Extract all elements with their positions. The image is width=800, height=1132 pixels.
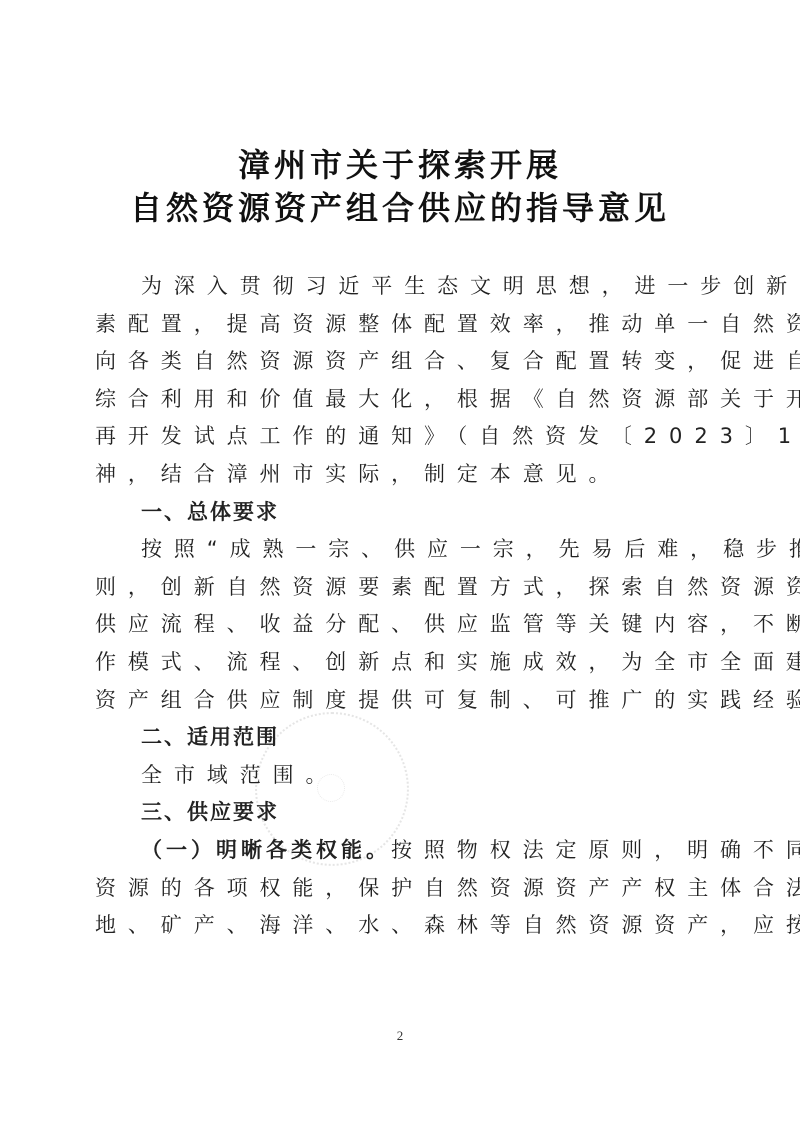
section3-item1-first-line: （一）明晰各类权能。按照物权法定原则，明确不同自然 xyxy=(95,832,705,870)
section2-line: 全市域范围。 xyxy=(95,757,705,795)
preamble-line: 素配置，提高资源整体配置效率，推动单一自然资源资产配置 xyxy=(95,306,705,344)
section3-line: 地、矿产、海洋、水、森林等自然资源资产，应按现有管理体 xyxy=(95,907,705,945)
section-heading-supply-requirements: 三、供应要求 xyxy=(95,794,705,832)
preamble-line: 向各类自然资源资产组合、复合配置转变，促进自然资源资产 xyxy=(95,343,705,381)
document-title-line-1: 漳州市关于探索开展 xyxy=(0,145,800,185)
section1-line: 按照“成熟一宗、供应一宗，先易后难，稳步推进”的原 xyxy=(95,531,705,569)
section-heading-general-requirements: 一、总体要求 xyxy=(95,494,705,532)
document-page: 漳州市关于探索开展 自然资源资产组合供应的指导意见 为深入贯彻习近平生态文明思想… xyxy=(0,0,800,1132)
section1-line: 则，创新自然资源要素配置方式，探索自然资源资产组合模式、 xyxy=(95,569,705,607)
preamble-line: 为深入贯彻习近平生态文明思想，进一步创新自然资源要 xyxy=(95,268,705,306)
page-number: 2 xyxy=(0,1028,800,1044)
section1-line: 资产组合供应制度提供可复制、可推广的实践经验。 xyxy=(95,682,705,720)
section1-line: 供应流程、收益分配、供应监管等关键内容，不断凝练总结工 xyxy=(95,606,705,644)
section1-line: 作模式、流程、创新点和实施成效，为全市全面建立自然资源 xyxy=(95,644,705,682)
document-title-line-2: 自然资源资产组合供应的指导意见 xyxy=(0,188,800,228)
item-text: 按照物权法定原则，明确不同自然 xyxy=(391,838,800,862)
preamble-line: 再开发试点工作的通知》（自然资发〔2023〕171号）等文件精 xyxy=(95,418,705,456)
item-lead-clarify-rights: （一）明晰各类权能。 xyxy=(141,838,391,862)
section3-line: 资源的各项权能，保护自然资源资产产权主体合法权益。对土 xyxy=(95,870,705,908)
document-body: 为深入贯彻习近平生态文明思想，进一步创新自然资源要 素配置，提高资源整体配置效率… xyxy=(95,268,705,945)
preamble-line: 神，结合漳州市实际，制定本意见。 xyxy=(95,456,705,494)
preamble-line: 综合利用和价值最大化，根据《自然资源部关于开展低效用地 xyxy=(95,381,705,419)
section-heading-scope: 二、适用范围 xyxy=(95,719,705,757)
